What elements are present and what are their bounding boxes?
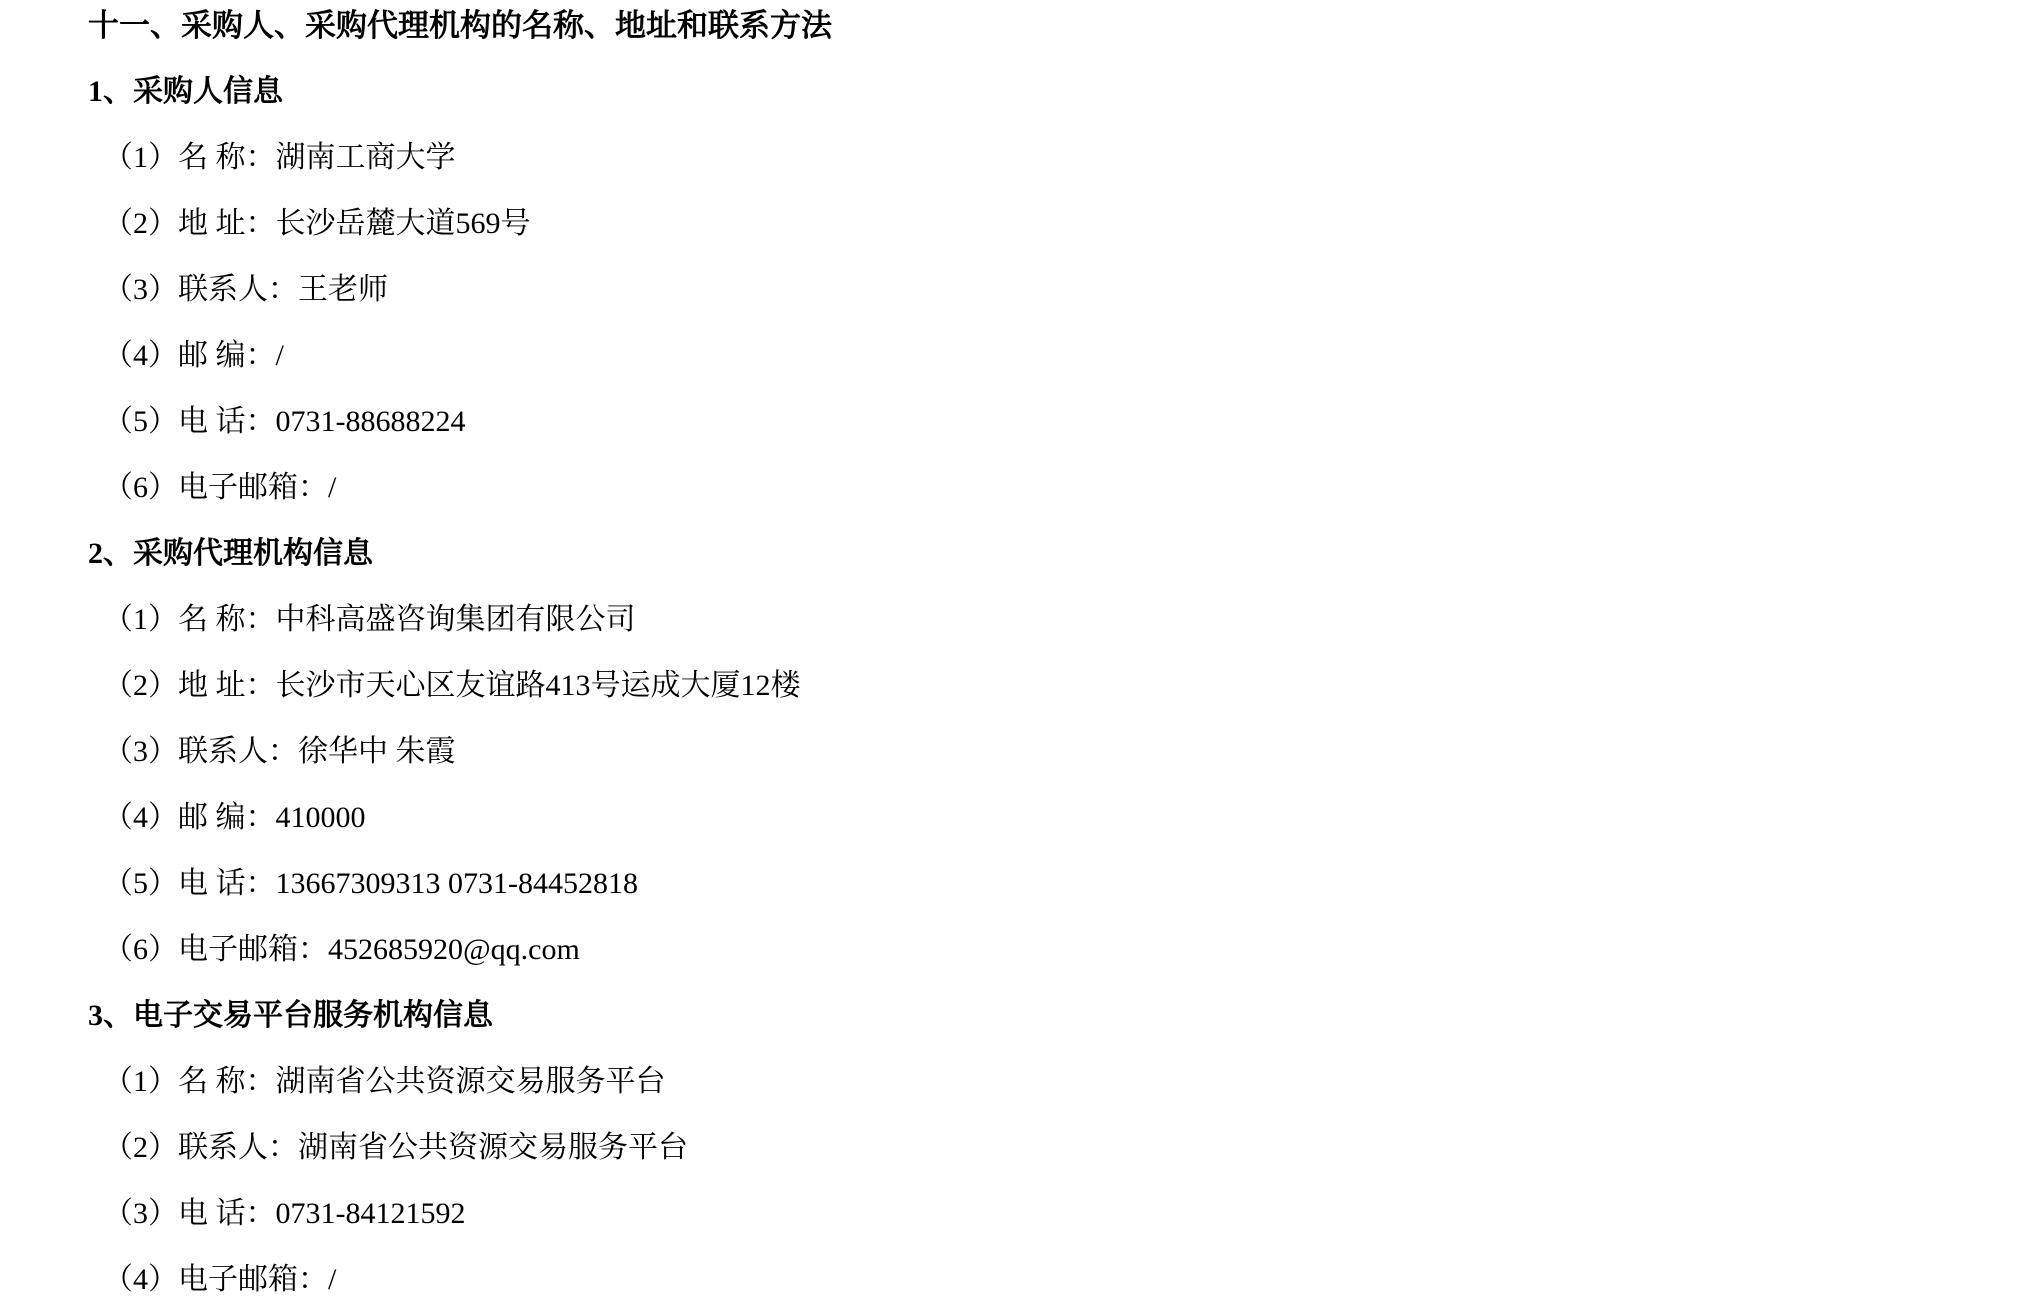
item-value: 徐华中 朱霞 — [298, 735, 456, 768]
item-value: / — [328, 1263, 336, 1296]
item-value: 13667309313 0731-84452818 — [276, 867, 639, 900]
section-heading-platform: 3、电子交易平台服务机构信息 — [88, 983, 2030, 1049]
item-value: 中科高盛咨询集团有限公司 — [276, 603, 636, 636]
section-heading-purchaser: 1、采购人信息 — [88, 59, 2030, 125]
item-label: （4）邮 编： — [103, 339, 276, 372]
contact-item-name: （1）名 称：中科高盛咨询集团有限公司 — [103, 587, 2030, 653]
item-label: （3）联系人： — [103, 735, 298, 768]
contact-item-email: （6）电子邮箱：/ — [103, 455, 2030, 521]
item-label: （4）邮 编： — [103, 801, 276, 834]
contact-item-contact-person: （3）联系人：徐华中 朱霞 — [103, 719, 2030, 785]
item-value: 湖南省公共资源交易服务平台 — [298, 1131, 688, 1164]
item-label: （3）联系人： — [103, 273, 298, 306]
item-label: （6）电子邮箱： — [103, 471, 328, 504]
page-title: 十一、采购人、采购代理机构的名称、地址和联系方法 — [88, 0, 2030, 59]
item-value: 王老师 — [298, 273, 388, 306]
section-procurement-agency: 2、采购代理机构信息 （1）名 称：中科高盛咨询集团有限公司 （2）地 址：长沙… — [0, 521, 2030, 983]
section-trading-platform: 3、电子交易平台服务机构信息 （1）名 称：湖南省公共资源交易服务平台 （2）联… — [0, 983, 2030, 1306]
item-label: （2）联系人： — [103, 1131, 298, 1164]
document-page: 十一、采购人、采购代理机构的名称、地址和联系方法 1、采购人信息 （1）名 称：… — [0, 0, 2030, 1306]
contact-item-phone: （5）电 话：0731-88688224 — [103, 389, 2030, 455]
item-value: / — [276, 339, 284, 372]
contact-item-address: （2）地 址：长沙市天心区友谊路413号运成大厦12楼 — [103, 653, 2030, 719]
item-value: / — [328, 471, 336, 504]
section-purchaser: 1、采购人信息 （1）名 称：湖南工商大学 （2）地 址：长沙岳麓大道569号 … — [0, 59, 2030, 521]
item-value: 0731-88688224 — [276, 405, 466, 438]
section-heading-agency: 2、采购代理机构信息 — [88, 521, 2030, 587]
item-value: 湖南省公共资源交易服务平台 — [276, 1065, 666, 1098]
item-value: 0731-84121592 — [276, 1197, 466, 1230]
item-value: 410000 — [276, 801, 366, 834]
contact-item-postcode: （4）邮 编：410000 — [103, 785, 2030, 851]
item-label: （1）名 称： — [103, 1065, 276, 1098]
item-label: （1）名 称： — [103, 141, 276, 174]
contact-item-phone: （3）电 话：0731-84121592 — [103, 1181, 2030, 1247]
item-label: （4）电子邮箱： — [103, 1263, 328, 1296]
contact-item-email: （6）电子邮箱：452685920@qq.com — [103, 917, 2030, 983]
item-label: （5）电 话： — [103, 405, 276, 438]
item-value: 湖南工商大学 — [276, 141, 456, 174]
item-value: 452685920@qq.com — [328, 933, 580, 966]
item-value: 长沙岳麓大道569号 — [276, 207, 531, 240]
contact-item-name: （1）名 称：湖南省公共资源交易服务平台 — [103, 1049, 2030, 1115]
item-label: （6）电子邮箱： — [103, 933, 328, 966]
item-label: （2）地 址： — [103, 669, 276, 702]
contact-item-contact-person: （3）联系人：王老师 — [103, 257, 2030, 323]
contact-item-phone: （5）电 话：13667309313 0731-84452818 — [103, 851, 2030, 917]
item-label: （2）地 址： — [103, 207, 276, 240]
item-label: （5）电 话： — [103, 867, 276, 900]
item-label: （1）名 称： — [103, 603, 276, 636]
contact-item-postcode: （4）邮 编：/ — [103, 323, 2030, 389]
contact-item-address: （2）地 址：长沙岳麓大道569号 — [103, 191, 2030, 257]
contact-item-name: （1）名 称：湖南工商大学 — [103, 125, 2030, 191]
item-value: 长沙市天心区友谊路413号运成大厦12楼 — [276, 669, 801, 702]
contact-item-email: （4）电子邮箱：/ — [103, 1247, 2030, 1306]
contact-item-contact-person: （2）联系人：湖南省公共资源交易服务平台 — [103, 1115, 2030, 1181]
item-label: （3）电 话： — [103, 1197, 276, 1230]
